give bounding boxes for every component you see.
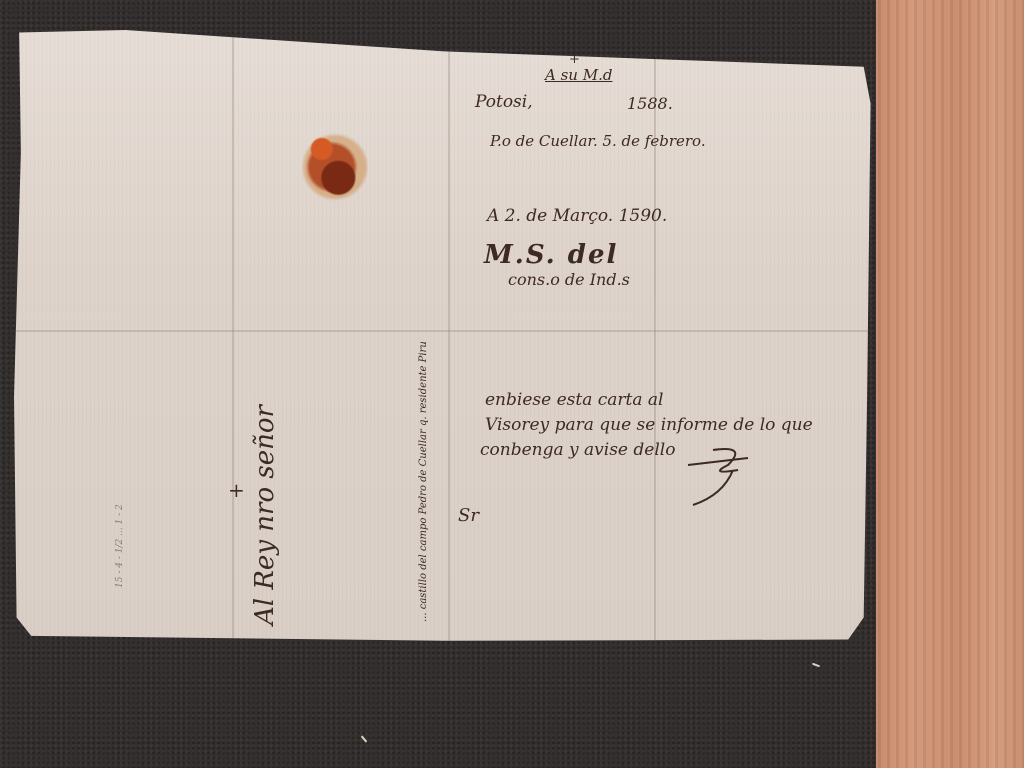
fold-line [232,30,234,642]
fold-line [448,30,450,642]
wax-seal-remnant [302,122,368,212]
received-date: A 2. de Março. 1590. [487,206,667,226]
sender-line: P.o de Cuellar. 5. de febrero. [490,132,706,150]
fold-line [654,30,656,642]
council-rubric: M.S. del [484,240,618,270]
instruction-line-3: conbenga y avise dello [480,440,675,460]
signature-flourish [678,440,758,510]
council-of-indies: cons.o de Ind.s [508,270,630,289]
address-line: Al Rey nro señor [250,405,280,625]
place-of-origin: Potosi, [475,92,533,112]
wooden-table-edge [876,0,1024,768]
year: 1588. [627,94,673,113]
instruction-line-2: Visorey para que se informe de lo que [485,415,813,435]
docket-note: ... castillo del campo Pedro de Cuellar … [418,341,429,622]
fold-line [14,330,874,332]
instruction-line-1: enbiese esta carta al [485,390,663,410]
header-annotation: A su M.d [545,66,612,84]
address-cross: + [228,478,245,502]
initials: Sr [458,505,479,526]
letter-sheet [14,30,874,642]
header-cross: + [569,52,580,67]
pencil-note: 15 - 4 - 1/2 ... 1 - 2 [115,504,125,588]
